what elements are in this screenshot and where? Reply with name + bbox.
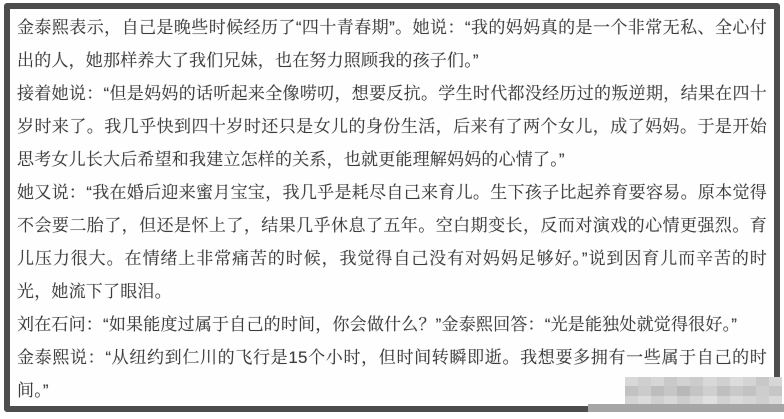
mosaic-cell bbox=[743, 386, 756, 395]
paragraph: 她又说：“我在婚后迎来蜜月宝宝，我几乎是耗尽自己来育儿。生下孩子比起养育要容易。… bbox=[17, 176, 767, 308]
mosaic-cell bbox=[651, 386, 664, 395]
mosaic-cell bbox=[717, 377, 730, 386]
mosaic-cell bbox=[717, 386, 730, 395]
mosaic-cell bbox=[703, 377, 716, 386]
mosaic-cell bbox=[769, 377, 782, 386]
mosaic-watermark bbox=[625, 377, 782, 405]
mosaic-cell bbox=[730, 386, 743, 395]
mosaic-cell bbox=[677, 377, 690, 386]
article-text: 金泰熙表示，自己是晚些时候经历了“四十青春期”。她说：“我的妈妈真的是一个非常无… bbox=[17, 11, 767, 407]
mosaic-cell bbox=[651, 377, 664, 386]
mosaic-cell bbox=[664, 386, 677, 395]
mosaic-cell bbox=[690, 386, 703, 395]
content-frame: 金泰熙表示，自己是晚些时候经历了“四十青春期”。她说：“我的妈妈真的是一个非常无… bbox=[4, 3, 780, 412]
paragraph: 刘在石问：“如果能度过属于自己的时间，你会做什么？”金泰熙回答：“光是能独处就觉… bbox=[17, 308, 767, 341]
mosaic-cell bbox=[703, 386, 716, 395]
mosaic-cell bbox=[743, 377, 756, 386]
mosaic-cell bbox=[638, 377, 651, 386]
mosaic-cell bbox=[677, 386, 690, 395]
mosaic-cell bbox=[625, 386, 638, 395]
mosaic-cell bbox=[769, 386, 782, 395]
mosaic-cell bbox=[730, 377, 743, 386]
mosaic-cell bbox=[625, 377, 638, 386]
mosaic-cell bbox=[664, 377, 677, 386]
paragraph: 接着她说：“但是妈妈的话听起来全像唠叨，想要反抗。学生时代都没经历过的叛逆期，结… bbox=[17, 77, 767, 176]
mosaic-watermark-bar bbox=[588, 404, 784, 412]
mosaic-cell bbox=[690, 377, 703, 386]
mosaic-cell bbox=[638, 386, 651, 395]
mosaic-cell bbox=[756, 377, 769, 386]
paragraph: 金泰熙表示，自己是晚些时候经历了“四十青春期”。她说：“我的妈妈真的是一个非常无… bbox=[17, 11, 767, 77]
mosaic-cell bbox=[756, 386, 769, 395]
